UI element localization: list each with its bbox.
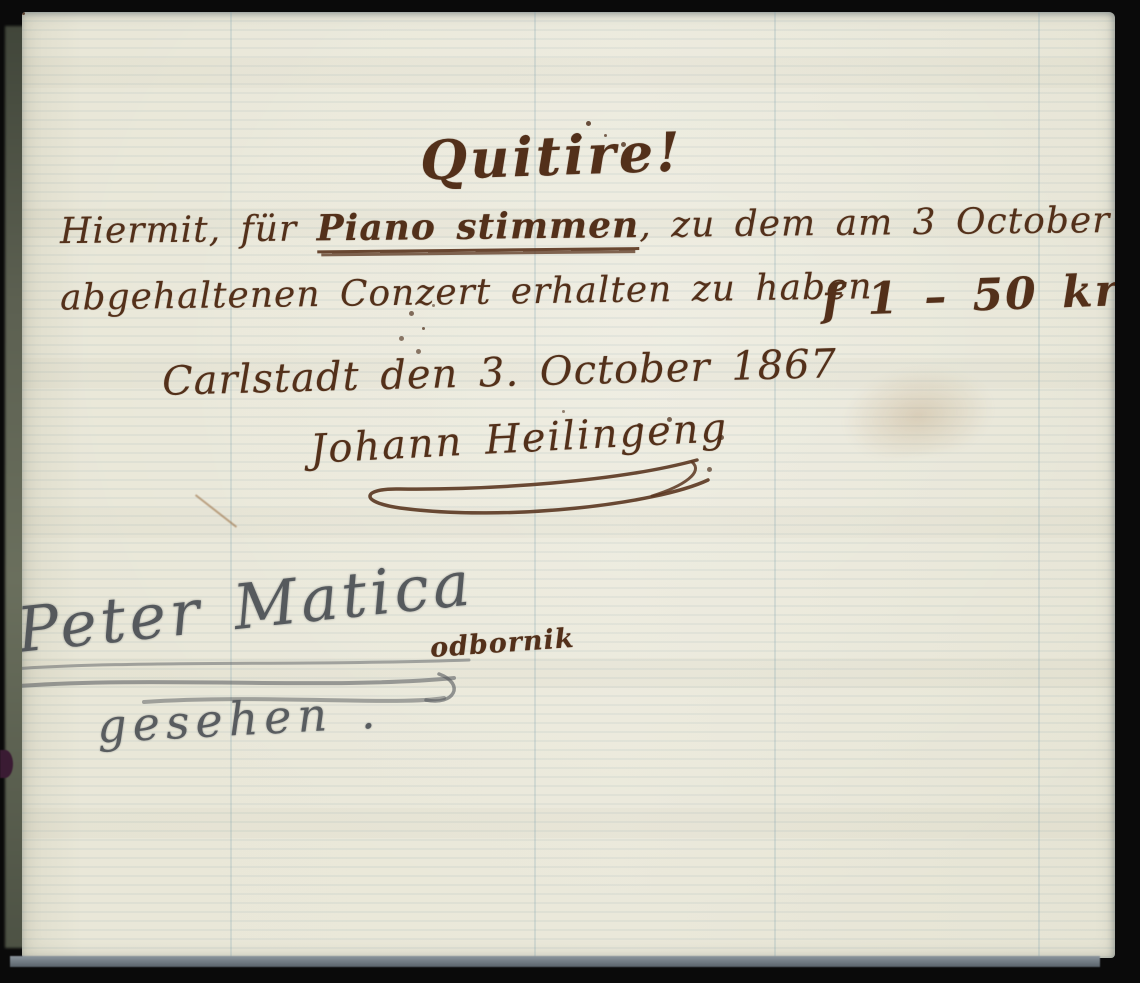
ink-bleed-stain [835, 357, 1001, 466]
fold-line [230, 12, 232, 958]
body-line-1: Hiermit, für Piano stimmen, zu dem am 3 … [60, 198, 1115, 252]
fold-line [774, 12, 776, 958]
place-date-line: Carlstadt den 3. October 1867 [162, 341, 838, 405]
document-title: Quitire! [419, 119, 684, 192]
body-line-2: abgehaltenen Conzert erhalten zu haben [60, 266, 873, 318]
ink-speckles [22, 12, 25, 15]
paper-sheet: Quitire! Hiermit, für Piano stimmen, zu … [22, 12, 1115, 958]
scanned-receipt: Quitire! Hiermit, für Piano stimmen, zu … [0, 0, 1140, 983]
signature-flourish [352, 454, 722, 529]
body-line-1-pre: Hiermit, für [60, 208, 317, 252]
fold-line [1038, 12, 1040, 958]
paper-bottom-edge [10, 956, 1100, 967]
body-line-1-post: , zu dem am 3 October 1867 [639, 199, 1115, 246]
pencil-signature: Peter Matica [22, 546, 477, 667]
underlined-phrase: Piano stimmen [316, 204, 639, 253]
